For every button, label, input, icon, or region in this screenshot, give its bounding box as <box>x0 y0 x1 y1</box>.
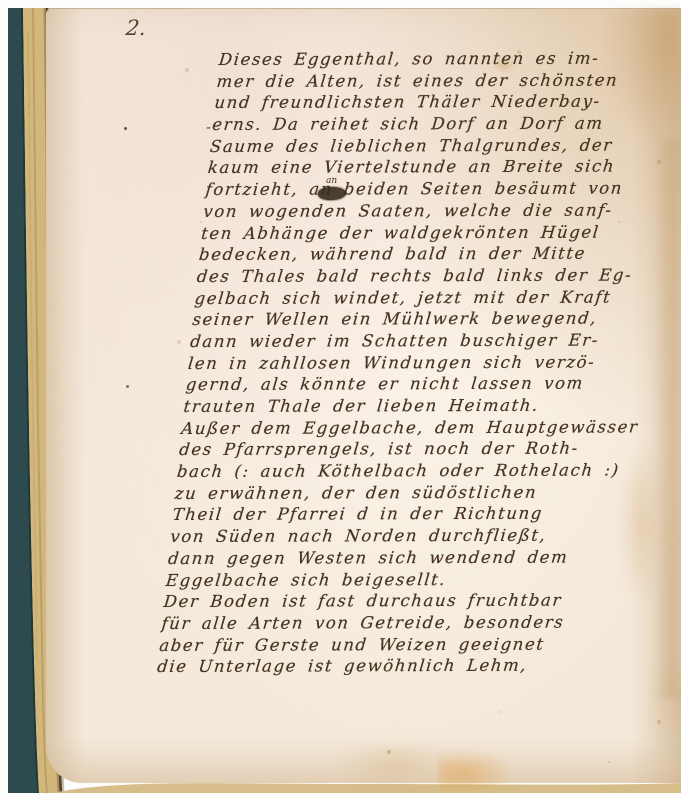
margin-hyphen-mark: - <box>206 118 211 136</box>
manuscript-line: von Süden nach Norden durchfließt, <box>169 525 629 548</box>
manuscript-line: aber für Gerste und Weizen geeignet <box>158 633 618 656</box>
ink-speck <box>126 385 129 388</box>
manuscript-line: Eggelbache sich beigesellt. <box>165 568 625 591</box>
manuscript-line: Außer dem Eggelbache, dem Hauptgewässer <box>180 416 640 439</box>
manuscript-line: seiner Wellen ein Mühlwerk bewegend, <box>191 308 651 331</box>
manuscript-line: mer die Alten, ist eines der schönsten <box>216 69 676 92</box>
ink-speck <box>124 127 127 130</box>
manuscript-line: trauten Thale der lieben Heimath. <box>183 394 643 417</box>
manuscript-line: gernd, als könnte er nicht lassen vom <box>185 373 645 396</box>
manuscript-line: dann wieder im Schatten buschiger Er- <box>189 329 649 352</box>
manuscript-line: Theil der Pfarrei d in der Richtung <box>172 503 632 526</box>
manuscript-line: Dieses Eggenthal, so nannten es im- <box>218 47 678 70</box>
manuscript-line: bach (: auch Köthelbach oder Rothelach :… <box>176 459 636 482</box>
manuscript-line: und freundlichsten Thäler Niederbay- <box>213 91 673 114</box>
manuscript-line: für alle Arten von Getreide, besonders <box>160 611 620 634</box>
manuscript-line: len in zahllosen Windungen sich verzö- <box>187 351 647 374</box>
stain <box>644 649 681 759</box>
manuscript-line: dann gegen Westen sich wendend dem <box>167 546 627 569</box>
manuscript-line: des Pfarrsprengels, ist noch der Roth- <box>178 438 638 461</box>
manuscript-line: bedecken, während bald in der Mitte <box>198 243 658 266</box>
manuscript-line: zu erwähnen, der den südöstlichen <box>174 481 634 504</box>
manuscript-line: erns. Da reihet sich Dorf an Dorf am <box>211 112 671 135</box>
manuscript-line: ten Abhänge der waldgekrönten Hügel <box>200 221 660 244</box>
manuscript-scan: 2. - Dieses Eggenthal, so nannten es im-… <box>0 0 681 800</box>
manuscript-line: gelbach sich windet, jetzt mit der Kraft <box>194 286 654 309</box>
bottom-page-edges <box>52 783 681 793</box>
manuscript-line: die Unterlage ist gewöhnlich Lehm, <box>156 655 616 678</box>
manuscript-line: Saume des lieblichen Thalgrundes, der <box>209 134 669 157</box>
handwritten-text-block: Dieses Eggenthal, so nannten es im-mer d… <box>156 47 678 678</box>
manuscript-line: des Thales bald rechts bald links der Eg… <box>196 264 656 287</box>
manuscript-line: Der Boden ist fast durchaus fruchtbar <box>163 590 623 613</box>
manuscript-line: von wogenden Saaten, welche die sanf- <box>202 199 662 222</box>
page-number: 2. <box>125 16 148 40</box>
paper-speckles <box>46 9 48 11</box>
manuscript-line: kaum eine Viertelstunde an Breite sich <box>207 156 667 179</box>
manuscript-line: fortzieht, an beiden Seiten besäumt von <box>205 178 665 201</box>
superscript-correction: an <box>326 176 337 186</box>
